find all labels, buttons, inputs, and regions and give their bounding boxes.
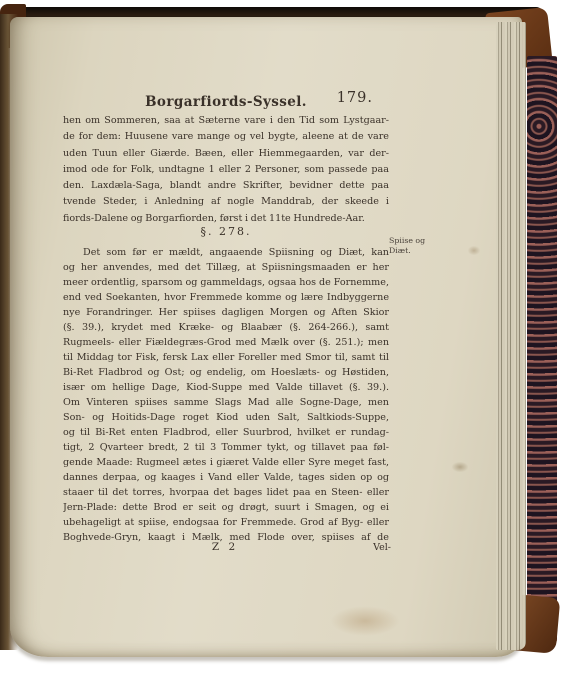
body-paragraph-2: Det som før er mældt, angaaende Spiisnin…	[63, 245, 389, 545]
page-surface: Borgarfiords-Syssel. 179. hen om Sommere…	[10, 17, 522, 657]
text-line: til Middag tor Fisk, fersk Lax eller For…	[63, 350, 389, 365]
text-line: og til Bi-Ret enten Fladbrod, eller Suur…	[63, 425, 389, 440]
text-line: og her anvendes, med det Tillæg, at Spii…	[63, 260, 389, 275]
text-line: Om Vinteren spiises samme Slags Mad alle…	[63, 395, 389, 410]
text-line: end ved Soekanten, hvor Fremmede komme o…	[63, 290, 389, 305]
text-line: (§. 39.), krydet med Kræke- og Blaabær (…	[63, 320, 389, 335]
text-line: tvende Steder, i Anledning af nogle Mand…	[63, 194, 389, 210]
text-line: nye Forandringer. Her spiises dagligen M…	[63, 305, 389, 320]
page-fore-edge	[496, 22, 526, 650]
margin-note-line: Spiise og	[389, 236, 447, 246]
catchword: Vel-	[373, 542, 391, 553]
margin-note: Spiise ogDiæt.	[389, 236, 447, 255]
text-line: Rugmeels- eller Fiældegræs-Grod med Mælk…	[63, 335, 389, 350]
text-line: meer ordentlig, sparsom og gammeldags, o…	[63, 275, 389, 290]
text-line: Son- og Hoitids-Dage roget Kiod uden Sal…	[63, 410, 389, 425]
text-line: dannes derpaa, og kaages i Vand eller Va…	[63, 470, 389, 485]
body-paragraph-1: hen om Sommeren, saa at Sæterne vare i d…	[63, 113, 389, 227]
page-number: 179.	[337, 90, 373, 106]
page-header: Borgarfiords-Syssel. 179.	[63, 91, 389, 110]
text-line: staaer til det torres, hvorpaa det bages…	[63, 485, 389, 500]
text-line: hen om Sommeren, saa at Sæterne vare i d…	[63, 113, 389, 129]
margin-note-line: Diæt.	[389, 246, 447, 256]
text-line: Jern-Plade: dette Brod er seit og drøgt,…	[63, 500, 389, 515]
text-line: gende Maade: Rugmeel ætes i giæret Valde…	[63, 455, 389, 470]
signature-mark: Z 2	[193, 541, 257, 553]
text-line: tigt, 2 Qvarteer bredt, 2 til 3 Tommer t…	[63, 440, 389, 455]
text-line: Det som før er mældt, angaaende Spiisnin…	[63, 245, 389, 260]
text-line: ubehageligt at spiise, endogsaa for Frem…	[63, 515, 389, 530]
text-line: Bi-Ret Fladbrod og Ost; og endelig, om H…	[63, 365, 389, 380]
text-line: den. Laxdæla-Saga, blandt andre Skrifter…	[63, 178, 389, 194]
text-line: imod ode for Folk, undtagne 1 eller 2 Pe…	[63, 162, 389, 178]
text-line: uden Tuun eller Giærde. Bæen, eller Hiem…	[63, 146, 389, 162]
page-footer: Z 2 Vel-	[63, 541, 393, 557]
text-line: især om hellige Dage, Kiod-Suppe med Val…	[63, 380, 389, 395]
marbled-cover-edge	[527, 56, 557, 642]
text-line: de for dem: Huusene vare mange og vel by…	[63, 129, 389, 145]
section-heading: §. 278.	[63, 225, 389, 238]
book-photo: Borgarfiords-Syssel. 179. hen om Sommere…	[0, 0, 562, 700]
running-title: Borgarfiords-Syssel.	[145, 94, 307, 110]
